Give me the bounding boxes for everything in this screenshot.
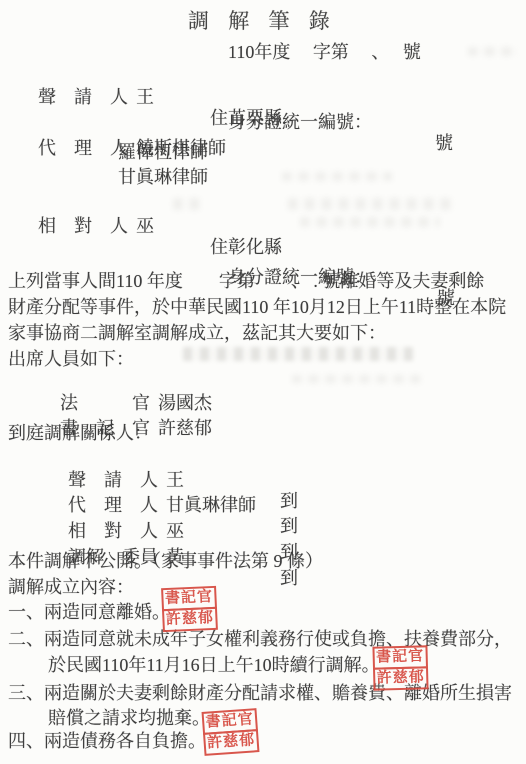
clerk-seal-2: 書記官 許慈郁	[372, 645, 428, 690]
id-line-1: 身分證統一編號： 號	[210, 91, 510, 175]
document-title: 調 解 筆 錄	[188, 11, 331, 32]
item-3-line-2: 賠償之請求均拋棄。	[48, 708, 210, 729]
content-header: 調解成立內容：	[8, 577, 134, 598]
paragraph-line-1: 上列當事人間110 年度 字第 、 . 號離婚等及夫妻剩餘	[8, 271, 484, 292]
agent-name-3: 甘眞琳律師	[118, 167, 208, 188]
clerk-seal-2-title: 書記官	[372, 645, 428, 669]
applicant-role: 聲 請 人	[38, 87, 128, 107]
item-2-line-1: 二、兩造同意就未成年子女權利義務行使或負擔、扶養費部分，	[8, 629, 512, 650]
case-number: 110年度 字第 、 號	[228, 42, 421, 63]
clerk-seal-1-name: 許慈郁	[162, 607, 218, 632]
item-4: 四、兩造債務各自負擔。	[8, 731, 206, 752]
bleed-through-artifact	[282, 172, 392, 181]
clerk-seal-2-name: 許慈郁	[373, 666, 429, 690]
clerk-seal-3: 書記官 許慈郁	[202, 708, 260, 756]
bleed-through-artifact	[288, 198, 453, 210]
item-1: 一、兩造同意離婚。	[8, 602, 170, 623]
mediation-record-page: 調 解 筆 錄 110年度 字第 、 號 聲 請 人王 住苗栗縣. 身分證統一編…	[0, 0, 526, 764]
bleed-through-artifact	[300, 217, 440, 227]
clerk-name: 許慈郁	[158, 418, 212, 438]
item-2-line-2: 於民國110年11月16日上午10時續行調解。	[48, 655, 380, 676]
clerk-seal-3-name: 許慈郁	[203, 729, 259, 756]
bleed-through-artifact	[468, 47, 518, 56]
respondent-name: 巫	[136, 216, 154, 236]
id-label-1: 身分證統一編號：	[228, 112, 372, 132]
bleed-through-artifact	[173, 198, 201, 210]
paragraph-line-3: 家事協商二調解室調解成立，茲記其大要如下：	[8, 323, 386, 344]
clerk-seal-1: 書記官 許慈郁	[161, 586, 218, 632]
present-header: 到庭調解關係人：	[8, 423, 152, 444]
bleed-through-artifact	[292, 375, 422, 383]
applicant-name: 王	[136, 87, 154, 107]
paragraph-line-2: 財產分配等事件，於中華民國110 年10月12日上午11時整在本院	[8, 297, 506, 318]
agent-name-2: 羅偉恆律師	[118, 142, 208, 163]
respondent-role: 相 對 人	[38, 216, 128, 236]
bleed-through-artifact	[183, 347, 413, 361]
item-3-line-1: 三、兩造關於夫妻剩餘財產分配請求權、贍養費、離婚所生損害	[8, 683, 512, 704]
id-suffix-1: 號	[435, 133, 453, 154]
privacy-note: 本件調解不公開。（家事事件法第 9 條）	[8, 551, 323, 572]
attendance-header: 出席人員如下：	[8, 349, 134, 370]
agent-role: 代 理 人	[38, 138, 128, 158]
